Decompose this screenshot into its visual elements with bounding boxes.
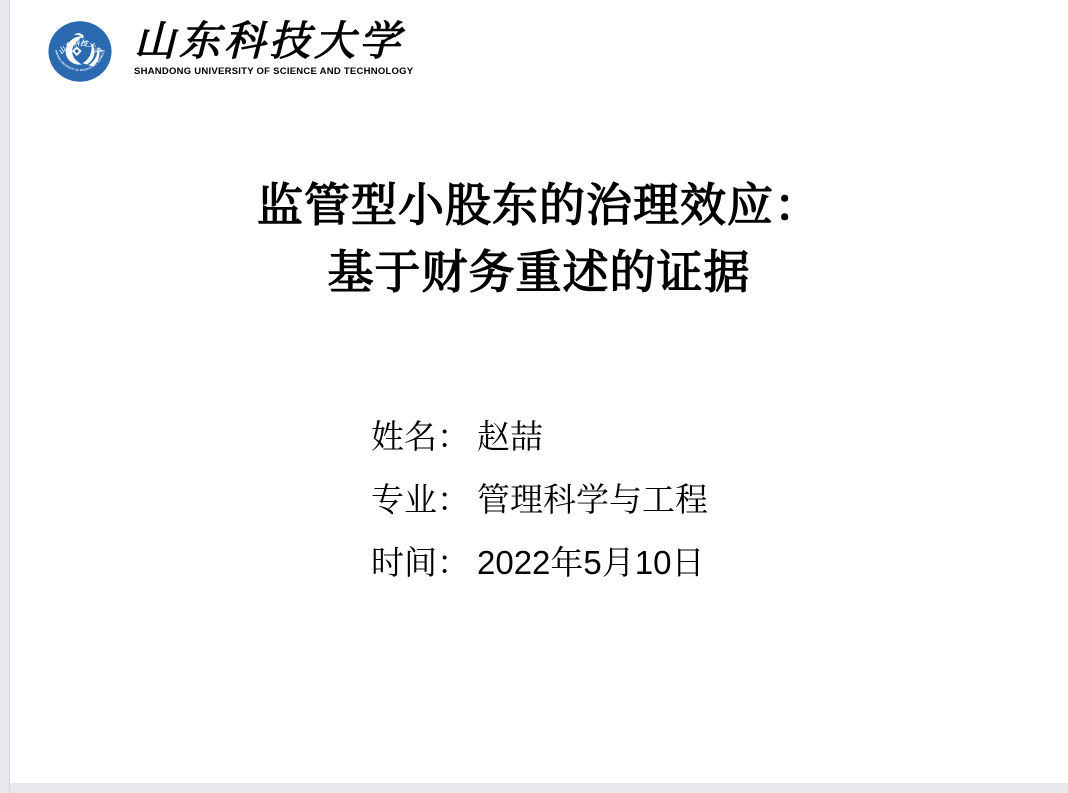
- viewer-gutter-bottom: [0, 783, 1068, 793]
- university-name-en: SHANDONG UNIVERSITY OF SCIENCE AND TECHN…: [134, 66, 413, 77]
- date-value: 2022年5月10日: [477, 544, 704, 581]
- document-viewer: 山东科技大学 SHANDONG UNIVERSITY OF SCIENCE AN…: [0, 0, 1068, 793]
- info-row-date: 时间：2022年5月10日: [371, 531, 708, 594]
- slide-page: 山东科技大学 SHANDONG UNIVERSITY OF SCIENCE AN…: [10, 0, 1068, 783]
- author-info-block: 姓名：赵喆 专业：管理科学与工程 时间：2022年5月10日: [371, 405, 708, 594]
- university-name-zh: 山东科技大学: [134, 19, 413, 63]
- university-logo-icon: 山东科技大学 SHANDONG UNIVERSITY OF SCIENCE AN…: [46, 19, 114, 84]
- slide-title-line-2: 基于财务重述的证据: [10, 239, 1068, 306]
- info-row-major: 专业：管理科学与工程: [371, 468, 708, 531]
- name-label: 姓名：: [371, 418, 470, 455]
- major-label: 专业：: [371, 481, 470, 518]
- university-brand: 山东科技大学 SHANDONG UNIVERSITY OF SCIENCE AN…: [46, 19, 413, 84]
- slide-title-line-1: 监管型小股东的治理效应：: [10, 172, 1068, 239]
- date-label: 时间：: [371, 544, 470, 581]
- viewer-gutter-left: [0, 0, 10, 793]
- info-row-name: 姓名：赵喆: [371, 405, 708, 468]
- major-value: 管理科学与工程: [477, 481, 708, 518]
- name-value: 赵喆: [477, 418, 543, 455]
- brand-text: 山东科技大学 SHANDONG UNIVERSITY OF SCIENCE AN…: [134, 19, 413, 77]
- slide-title: 监管型小股东的治理效应： 基于财务重述的证据: [10, 172, 1068, 306]
